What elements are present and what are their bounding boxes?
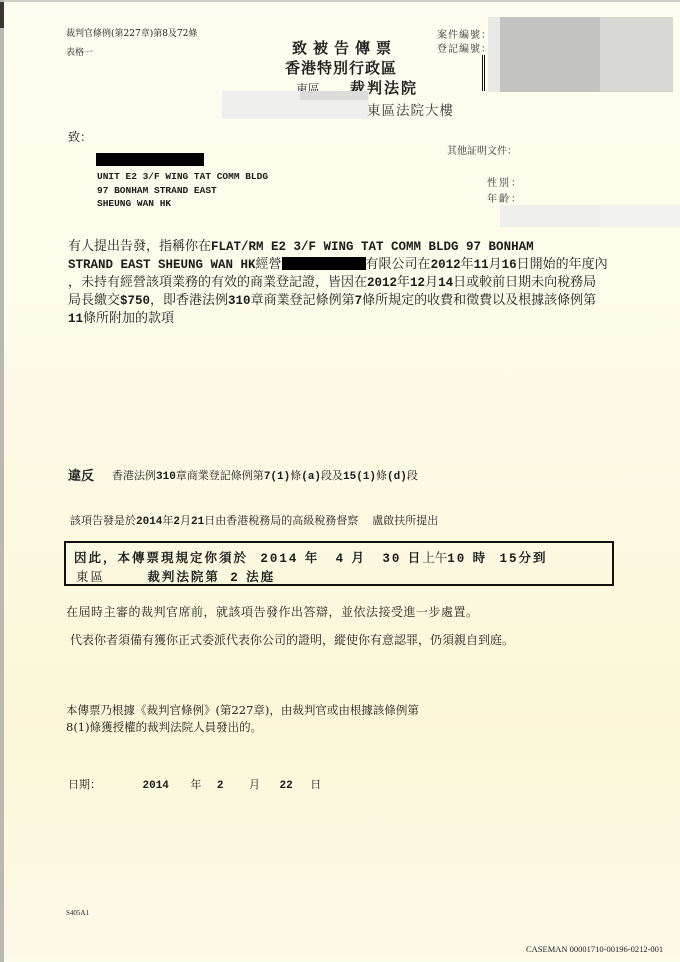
- address-line-2: 97 BONHAM STRAND EAST: [97, 184, 268, 198]
- instruction-line-2: 代表你者須備有獲你正式委派代表你公司的證明，縱使你有意認罪，仍須親自到庭。: [70, 631, 514, 648]
- redaction-age-right: [600, 205, 680, 227]
- appearance-line-2: 東區 裁判法院第 2 法庭: [76, 567, 275, 585]
- laid-by-text: 該項告發是於2014年2月21日由香港稅務局的高級稅務督察盧啟扶所提出: [70, 512, 438, 528]
- to-label: 致：: [68, 128, 92, 145]
- instruction-line-1: 在屆時主審的裁判官席前，就該項告發作出答辯，並依法接受進一步處置。: [66, 603, 479, 620]
- appearance-district: 東區: [76, 569, 105, 584]
- appearance-minute: 15: [500, 552, 519, 566]
- redaction-age: [500, 205, 600, 227]
- redaction-recipient-name: [96, 153, 204, 166]
- scan-edge-left: [0, 0, 4, 962]
- redaction-case-number: [500, 17, 600, 92]
- violation-text: 香港法例310章商業登記條例第7(1)條(a)段及15(1)條(d)段: [112, 467, 418, 483]
- appearance-box: 因此，本傳票現規定你須於 2014 年 4 月 30 日上午10 時 15分到 …: [64, 541, 614, 586]
- courtroom-number: 2: [230, 571, 240, 585]
- sex-label: 性別：: [487, 174, 523, 189]
- date-month: 2: [217, 780, 224, 792]
- appearance-year: 2014: [260, 552, 298, 566]
- appearance-hour: 10: [447, 552, 466, 566]
- scan-edge-top: [0, 0, 680, 2]
- form-code: S405A1: [66, 909, 89, 917]
- redaction-registration-number: [600, 17, 673, 92]
- other-id-label: 其他証明文件：: [447, 142, 517, 157]
- redaction-case-edge: [488, 17, 500, 92]
- charge-line-2: STRAND EAST SHEUNG WAN HK經營有限公司在2012年11月…: [68, 256, 608, 274]
- address-line-1: UNIT E2 3/F WING TAT COMM BLDG: [97, 170, 268, 184]
- authority-statement: 本傳票乃根據《裁判官條例》(第227章)，由裁判官或由根據該條例第 8(1)條獲…: [66, 702, 419, 736]
- address-line-3: SHEUNG WAN HK: [97, 197, 268, 211]
- date-day: 22: [280, 780, 293, 792]
- summons-document: 裁判官條例(第227章)第8及72條 表格一 致被告傳票 香港特別行政區 東區 …: [0, 0, 680, 962]
- region-name: 香港特別行政區: [285, 57, 397, 78]
- appearance-day: 30: [382, 552, 401, 566]
- age-label: 年齡：: [487, 190, 523, 205]
- form-number: 表格一: [66, 45, 93, 58]
- charge-line-5: 11條所附加的款項: [68, 310, 608, 328]
- caseman-reference: CASEMAN 00001710-00196-0212-001: [526, 944, 663, 954]
- recipient-address: UNIT E2 3/F WING TAT COMM BLDG 97 BONHAM…: [97, 170, 268, 211]
- ordinance-reference: 裁判官條例(第227章)第8及72條: [66, 26, 197, 39]
- date-row: 日期： 2014 年 2 月 22 日: [68, 776, 321, 792]
- date-year: 2014: [143, 780, 169, 792]
- charge-paragraph: 有人提出告發，指稱你在FLAT/RM E2 3/F WING TAT COMM …: [68, 238, 608, 328]
- barcode-fragment: [482, 55, 486, 91]
- redaction-company-name: [282, 257, 366, 270]
- violation-label: 違反: [68, 465, 94, 484]
- scan-edge-mark: [0, 2, 4, 28]
- charge-line-3: ，未持有經營該項業務的有效的商業登記證，皆因在2012年12月14日或較前日期未…: [68, 274, 608, 292]
- case-number-label: 案件編號：: [437, 26, 492, 41]
- redaction-court-address-strip: [300, 91, 368, 100]
- date-label: 日期：: [68, 778, 101, 791]
- appearance-month: 4: [336, 552, 346, 566]
- charge-line-1: 有人提出告發，指稱你在FLAT/RM E2 3/F WING TAT COMM …: [68, 238, 608, 256]
- registration-number-label: 登記編號：: [437, 40, 492, 55]
- charge-line-4: 局長繳交$750，即香港法例310章商業登記條例第7條所規定的收費和徵費以及根據…: [68, 292, 608, 310]
- court-building: 東區法院大樓: [367, 99, 454, 119]
- document-title: 致被告傳票: [292, 37, 397, 58]
- appearance-line-1: 因此，本傳票現規定你須於 2014 年 4 月 30 日上午10 時 15分到: [74, 548, 548, 566]
